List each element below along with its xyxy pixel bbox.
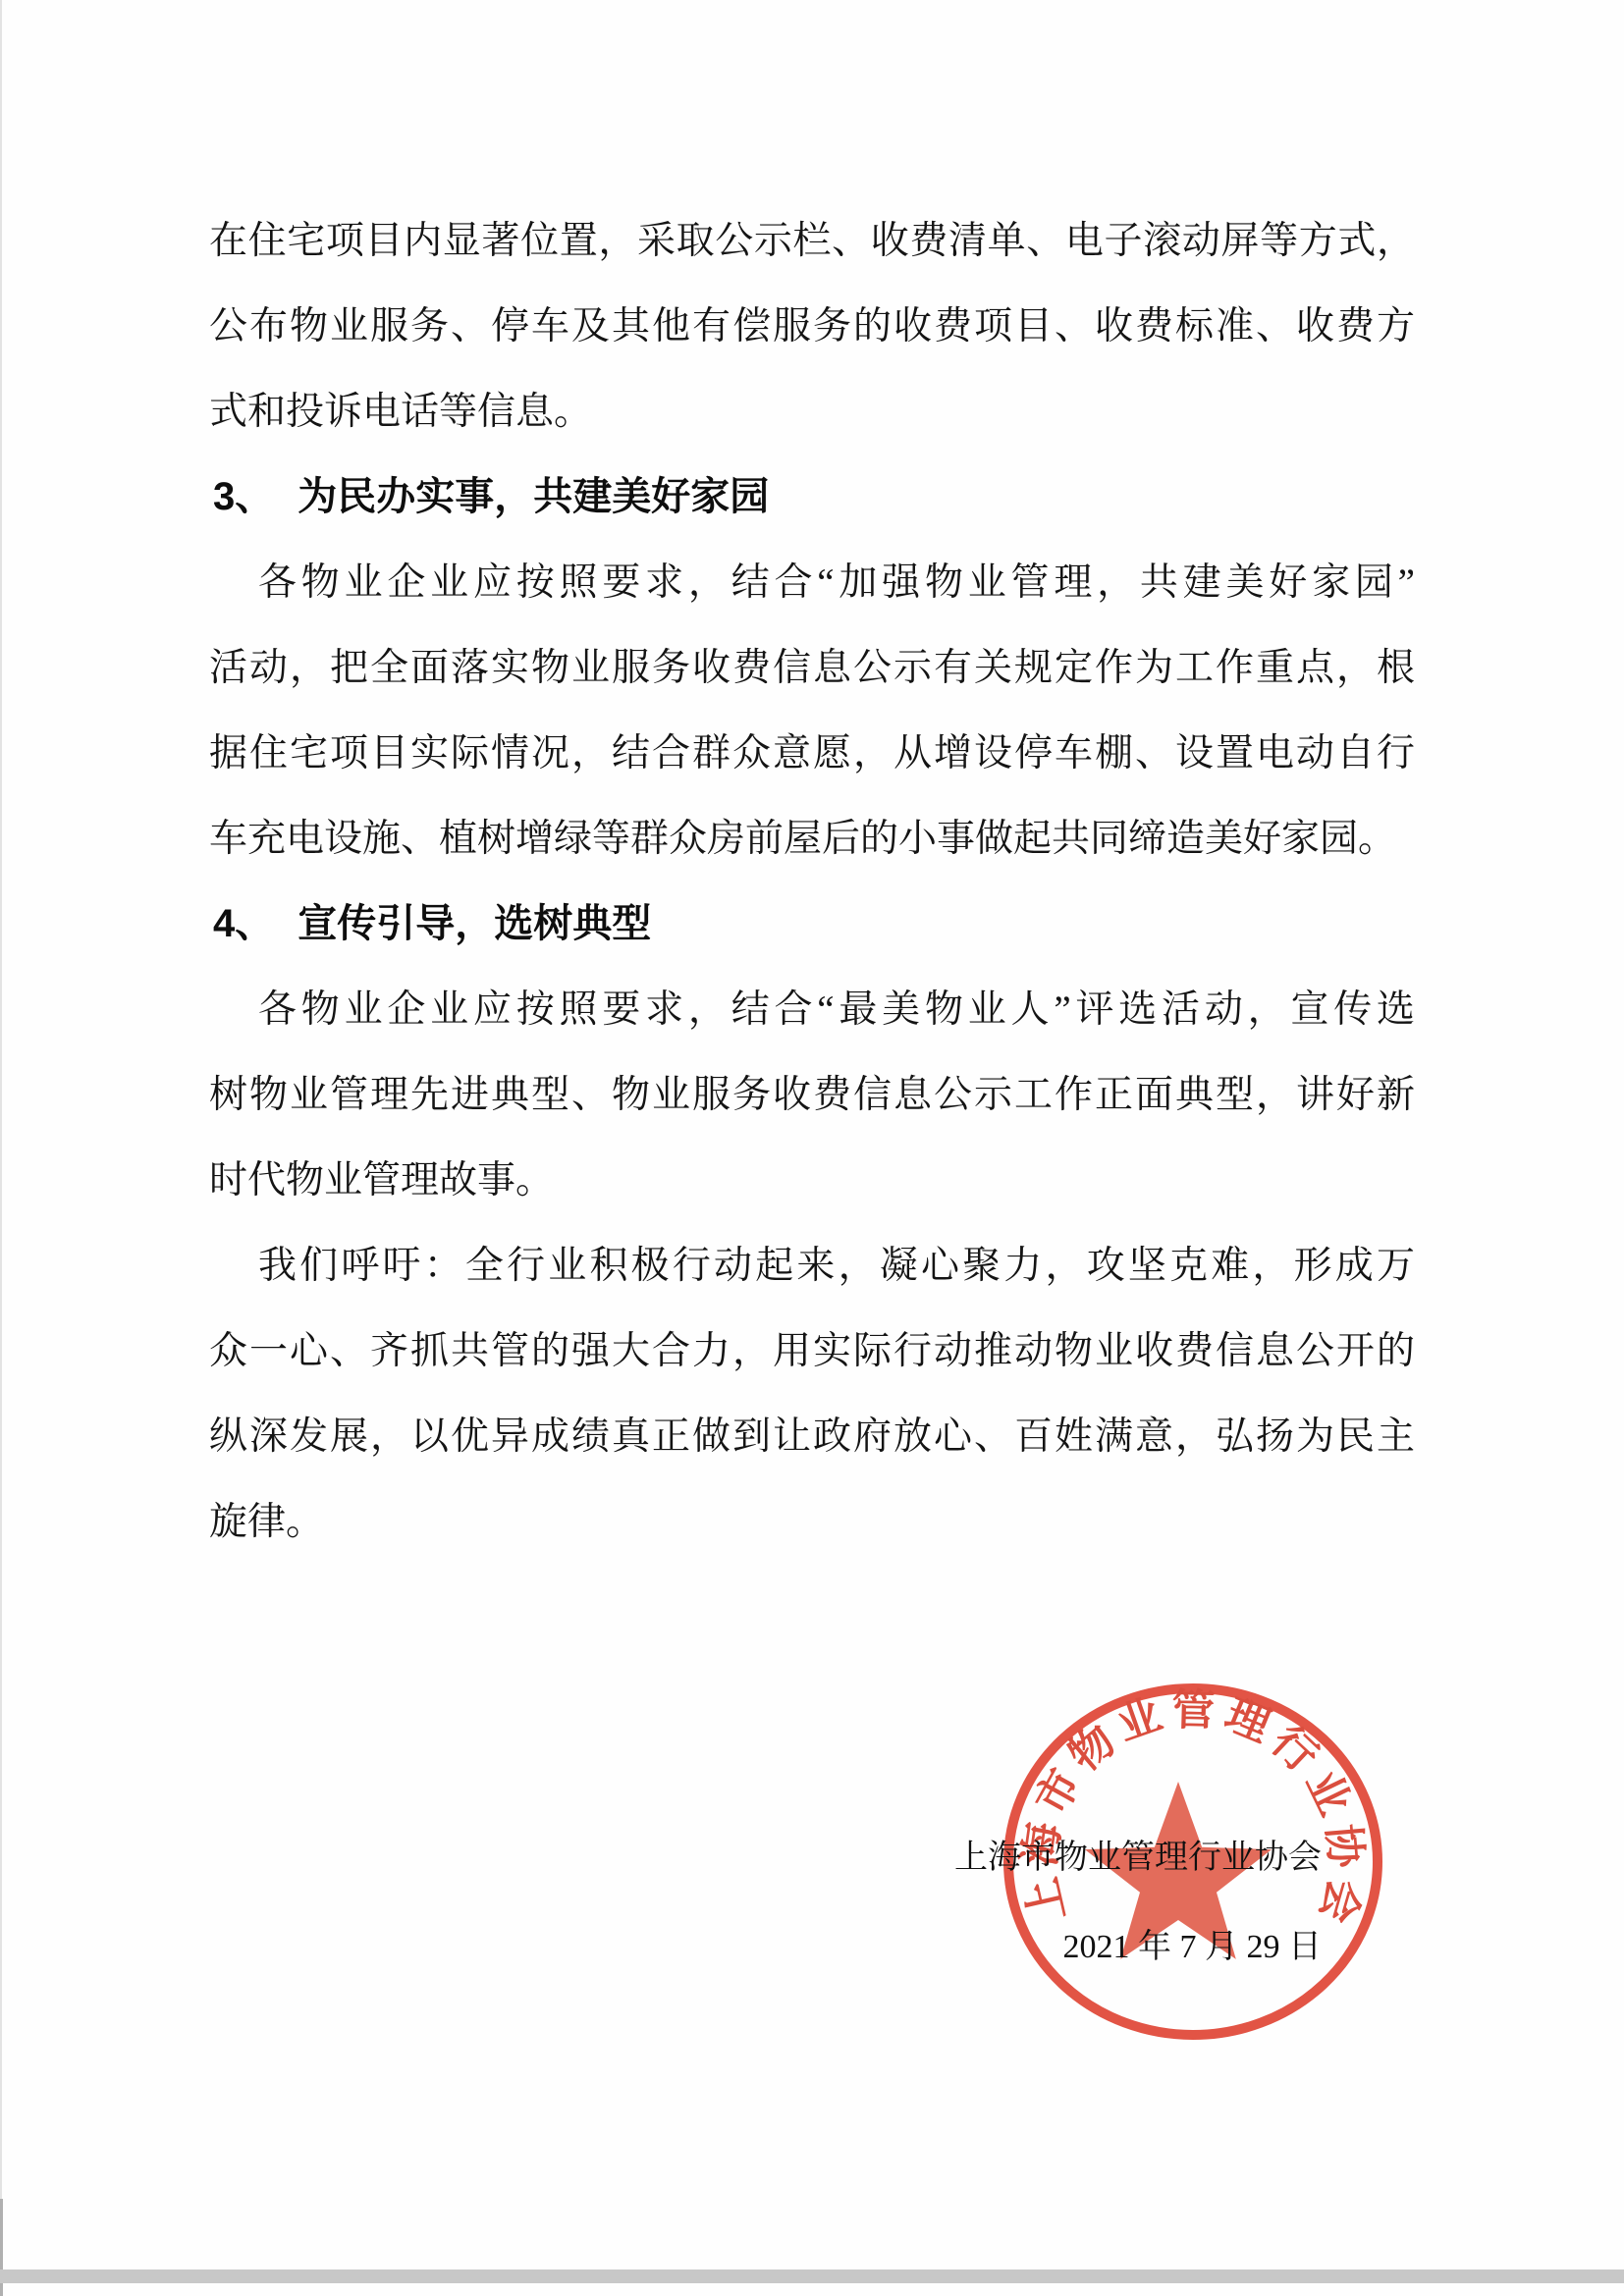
text-line: 在住宅项目内显著位置，采取公示栏、收费清单、电子滚动屏等方式， [209,198,1415,284]
text-line: 车充电设施、植树增绿等群众房前屋后的小事做起共同缔造美好家园。 [209,796,1415,881]
text-line: 式和投诉电话等信息。 [209,369,1415,454]
scanned-document-page: 在住宅项目内显著位置，采取公示栏、收费清单、电子滚动屏等方式， 公布物业服务、停… [0,0,1624,2296]
text-line: 活动，把全面落实物业服务收费信息公示有关规定作为工作重点，根 [209,625,1415,711]
text-line: 树物业管理先进典型、物业服务收费信息公示工作正面典型，讲好新 [209,1052,1415,1138]
heading-number: 3、 [213,475,274,518]
text-line: 我们呼吁：全行业积极行动起来，凝心聚力，攻坚克难，形成万 [209,1223,1415,1308]
signature-block: 上海市物业管理行业协会 2021 年 7 月 29 日 [954,1814,1322,1967]
text-line: 旋律。 [209,1479,1415,1565]
text-line: 时代物业管理故事。 [209,1138,1415,1223]
document-body: 在住宅项目内显著位置，采取公示栏、收费清单、电子滚动屏等方式， 公布物业服务、停… [209,198,1415,1565]
heading-number: 4、 [213,902,274,945]
signature-date: 2021 年 7 月 29 日 [954,1928,1322,1967]
heading-title: 宣传引导，选树典型 [298,902,651,945]
text-line: 纵深发展，以优异成绩真正做到让政府放心、百姓满意，弘扬为民主 [209,1394,1415,1479]
scan-edge-left [0,0,2,2296]
scan-edge-bottom [0,2269,1624,2283]
section-heading-3: 3、为民办实事，共建美好家园 [209,454,1415,540]
text-line: 各物业企业应按照要求，结合“最美物业人”评选活动，宣传选 [209,967,1415,1052]
text-line: 众一心、齐抓共管的强大合力，用实际行动推动物业收费信息公开的 [209,1308,1415,1394]
section-heading-4: 4、宣传引导，选树典型 [209,881,1415,967]
text-line: 据住宅项目实际情况，结合群众意愿，从增设停车棚、设置电动自行 [209,711,1415,796]
heading-title: 为民办实事，共建美好家园 [298,475,769,518]
text-line: 公布物业服务、停车及其他有偿服务的收费项目、收费标准、收费方 [209,284,1415,369]
text-line: 各物业企业应按照要求，结合“加强物业管理，共建美好家园” [209,540,1415,625]
organization-name: 上海市物业管理行业协会 [954,1814,1322,1902]
